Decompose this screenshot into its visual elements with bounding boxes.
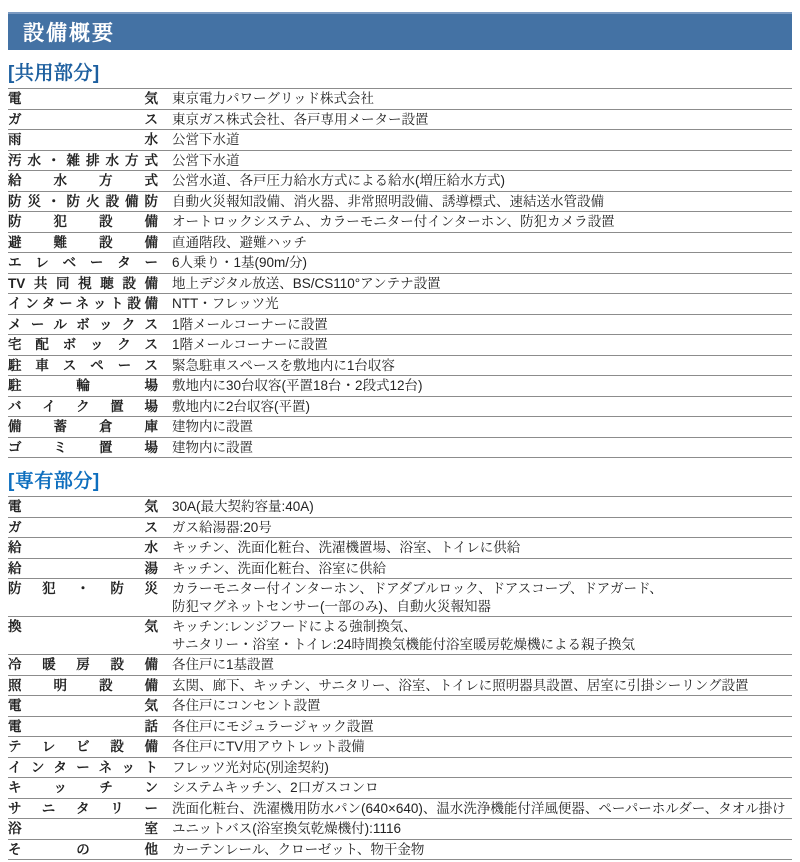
- row-label: TV共同視聴設備: [8, 275, 158, 293]
- row-label: 浴室: [8, 820, 158, 838]
- row-label: 宅配ボックス: [8, 336, 158, 354]
- row-value-line: 各住戸に1基設置: [172, 656, 792, 674]
- row-value: フレッツ光対応(別途契約): [158, 759, 792, 777]
- spec-row: 給水キッチン、洗面化粧台、洗濯機置場、浴室、トイレに供給: [8, 538, 792, 559]
- row-value-line: キッチン、洗面化粧台、浴室に供給: [172, 560, 792, 578]
- row-label: 冷暖房設備: [8, 656, 158, 674]
- row-value-line: 玄関、廊下、キッチン、サニタリー、浴室、トイレに照明器具設置、居室に引掛シーリン…: [172, 677, 792, 695]
- spec-row: 雨水公営下水道: [8, 130, 792, 151]
- row-value: 自動火災報知設備、消火器、非常照明設備、誘導標式、速結送水管設備: [158, 193, 792, 211]
- spec-row: ゴミ置場建物内に設置: [8, 438, 792, 459]
- row-value-line: システムキッチン、2口ガスコンロ: [172, 779, 792, 797]
- spec-sections: [共用部分]電気東京電力パワーグリッド株式会社ガス東京ガス株式会社、各戸専用メー…: [8, 57, 792, 860]
- page: 設備概要 [共用部分]電気東京電力パワーグリッド株式会社ガス東京ガス株式会社、各…: [0, 0, 800, 860]
- spec-section: [共用部分]電気東京電力パワーグリッド株式会社ガス東京ガス株式会社、各戸専用メー…: [8, 57, 792, 458]
- spec-row: インターネット設備NTT・フレッツ光: [8, 294, 792, 315]
- row-value: 建物内に設置: [158, 439, 792, 457]
- spec-row: 汚水・雑排水方式公営下水道: [8, 151, 792, 172]
- row-label: エレベーター: [8, 254, 158, 272]
- row-value: 各住戸にコンセント設置: [158, 697, 792, 715]
- row-value-line: 公営水道、各戸圧力給水方式による給水(増圧給水方式): [172, 172, 792, 190]
- row-value: 30A(最大契約容量:40A): [158, 498, 792, 516]
- row-label: バイク置場: [8, 398, 158, 416]
- row-value-line: 建物内に設置: [172, 418, 792, 436]
- spec-row: ガスガス給湯器:20号: [8, 518, 792, 539]
- row-value-line: 建物内に設置: [172, 439, 792, 457]
- row-value: 1階メールコーナーに設置: [158, 316, 792, 334]
- spec-row: TV共同視聴設備地上デジタル放送、BS/CS110°アンテナ設置: [8, 274, 792, 295]
- row-value-line: 敷地内に2台収容(平置): [172, 398, 792, 416]
- spec-row: 照明設備玄関、廊下、キッチン、サニタリー、浴室、トイレに照明器具設置、居室に引掛…: [8, 676, 792, 697]
- row-value: 東京ガス株式会社、各戸専用メーター設置: [158, 111, 792, 129]
- row-value-line: カーテンレール、クローゼット、物干金物: [172, 841, 792, 859]
- row-label: 電気: [8, 90, 158, 108]
- row-value: 敷地内に30台収容(平置18台・2段式12台): [158, 377, 792, 395]
- page-header: 設備概要: [8, 12, 792, 50]
- row-value: 玄関、廊下、キッチン、サニタリー、浴室、トイレに照明器具設置、居室に引掛シーリン…: [158, 677, 792, 695]
- row-value: カーテンレール、クローゼット、物干金物: [158, 841, 792, 859]
- row-label: 給水: [8, 539, 158, 557]
- row-label: メールボックス: [8, 316, 158, 334]
- spec-row: ガス東京ガス株式会社、各戸専用メーター設置: [8, 110, 792, 131]
- spec-row: 避難設備直通階段、避難ハッチ: [8, 233, 792, 254]
- spec-row: 駐車スペース緊急駐車スペースを敷地内に1台収容: [8, 356, 792, 377]
- spec-row: キッチンシステムキッチン、2口ガスコンロ: [8, 778, 792, 799]
- row-value-line: フレッツ光対応(別途契約): [172, 759, 792, 777]
- row-value-line: 東京電力パワーグリッド株式会社: [172, 90, 792, 108]
- row-value: キッチン:レンジフードによる強制換気、サニタリー・浴室・トイレ:24時間換気機能…: [158, 618, 792, 653]
- row-label: 防犯設備: [8, 213, 158, 231]
- row-label: サニタリー: [8, 800, 158, 818]
- row-value-line: 地上デジタル放送、BS/CS110°アンテナ設置: [172, 275, 792, 293]
- page-title: 設備概要: [23, 17, 115, 47]
- spec-row: その他カーテンレール、クローゼット、物干金物: [8, 840, 792, 861]
- row-value: 6人乗り・1基(90m/分): [158, 254, 792, 272]
- row-value-line: 各住戸にコンセント設置: [172, 697, 792, 715]
- row-value: システムキッチン、2口ガスコンロ: [158, 779, 792, 797]
- spec-row: 備蓄倉庫建物内に設置: [8, 417, 792, 438]
- row-value-line: カラーモニター付インターホン、ドアダブルロック、ドアスコープ、ドアガード、: [172, 580, 792, 598]
- row-label: 避難設備: [8, 234, 158, 252]
- row-value-line: 1階メールコーナーに設置: [172, 316, 792, 334]
- row-value-line: 6人乗り・1基(90m/分): [172, 254, 792, 272]
- row-value-line: サニタリー・浴室・トイレ:24時間換気機能付浴室暖房乾燥機による親子換気: [172, 636, 792, 654]
- row-value-line: 防犯マグネットセンサー(一部のみ)、自動火災報知器: [172, 598, 792, 616]
- spec-row: 宅配ボックス1階メールコーナーに設置: [8, 335, 792, 356]
- spec-row: 電気30A(最大契約容量:40A): [8, 497, 792, 518]
- row-value-line: キッチン:レンジフードによる強制換気、: [172, 618, 792, 636]
- row-value-line: 1階メールコーナーに設置: [172, 336, 792, 354]
- row-label: 給湯: [8, 560, 158, 578]
- row-value: 東京電力パワーグリッド株式会社: [158, 90, 792, 108]
- row-label: 照明設備: [8, 677, 158, 695]
- spec-row: 防犯・防災カラーモニター付インターホン、ドアダブルロック、ドアスコープ、ドアガー…: [8, 579, 792, 617]
- row-value-line: 東京ガス株式会社、各戸専用メーター設置: [172, 111, 792, 129]
- row-value: 建物内に設置: [158, 418, 792, 436]
- row-value-line: 自動火災報知設備、消火器、非常照明設備、誘導標式、速結送水管設備: [172, 193, 792, 211]
- row-value: ユニットバス(浴室換気乾燥機付):1116: [158, 820, 792, 838]
- row-value-line: NTT・フレッツ光: [172, 295, 792, 313]
- row-value-line: 公営下水道: [172, 131, 792, 149]
- row-value: 緊急駐車スペースを敷地内に1台収容: [158, 357, 792, 375]
- row-label: ガス: [8, 111, 158, 129]
- row-value: 公営水道、各戸圧力給水方式による給水(増圧給水方式): [158, 172, 792, 190]
- row-value-line: オートロックシステム、カラーモニター付インターホン、防犯カメラ設置: [172, 213, 792, 231]
- row-value-line: キッチン、洗面化粧台、洗濯機置場、浴室、トイレに供給: [172, 539, 792, 557]
- spec-row: メールボックス1階メールコーナーに設置: [8, 315, 792, 336]
- row-value: 各住戸に1基設置: [158, 656, 792, 674]
- row-value: 各住戸にモジュラージャック設置: [158, 718, 792, 736]
- row-value: NTT・フレッツ光: [158, 295, 792, 313]
- spec-row: 電気東京電力パワーグリッド株式会社: [8, 89, 792, 110]
- row-value-line: 直通階段、避難ハッチ: [172, 234, 792, 252]
- row-value: 公営下水道: [158, 152, 792, 170]
- row-value: ガス給湯器:20号: [158, 519, 792, 537]
- spec-row: バイク置場敷地内に2台収容(平置): [8, 397, 792, 418]
- row-label: 給水方式: [8, 172, 158, 190]
- spec-row: 換気キッチン:レンジフードによる強制換気、サニタリー・浴室・トイレ:24時間換気…: [8, 617, 792, 655]
- row-value-line: 敷地内に30台収容(平置18台・2段式12台): [172, 377, 792, 395]
- row-value: オートロックシステム、カラーモニター付インターホン、防犯カメラ設置: [158, 213, 792, 231]
- row-value-line: 30A(最大契約容量:40A): [172, 498, 792, 516]
- row-value: キッチン、洗面化粧台、洗濯機置場、浴室、トイレに供給: [158, 539, 792, 557]
- row-label: 換気: [8, 618, 158, 636]
- row-label: 防犯・防災: [8, 580, 158, 598]
- row-label: ゴミ置場: [8, 439, 158, 457]
- row-label: 駐車スペース: [8, 357, 158, 375]
- row-label: 備蓄倉庫: [8, 418, 158, 436]
- row-label: インターネット: [8, 759, 158, 777]
- spec-row: サニタリー洗面化粧台、洗濯機用防水パン(640×640)、温水洗浄機能付洋風便器…: [8, 799, 792, 820]
- row-label: 雨水: [8, 131, 158, 149]
- row-value: 敷地内に2台収容(平置): [158, 398, 792, 416]
- row-label: 防災・防火設備防: [8, 193, 158, 211]
- spec-row: 給湯キッチン、洗面化粧台、浴室に供給: [8, 559, 792, 580]
- row-label: キッチン: [8, 779, 158, 797]
- row-label: 電話: [8, 718, 158, 736]
- spec-row: 冷暖房設備各住戸に1基設置: [8, 655, 792, 676]
- row-value-line: ユニットバス(浴室換気乾燥機付):1116: [172, 820, 792, 838]
- section-title: [共用部分]: [8, 57, 792, 89]
- row-label: 駐輪場: [8, 377, 158, 395]
- row-value-line: 公営下水道: [172, 152, 792, 170]
- row-value: 地上デジタル放送、BS/CS110°アンテナ設置: [158, 275, 792, 293]
- row-label: テレビ設備: [8, 738, 158, 756]
- row-value: 洗面化粧台、洗濯機用防水パン(640×640)、温水洗浄機能付洋風便器、ペーパー…: [158, 800, 792, 818]
- section-title: [専有部分]: [8, 465, 792, 497]
- row-value-line: 洗面化粧台、洗濯機用防水パン(640×640)、温水洗浄機能付洋風便器、ペーパー…: [172, 800, 792, 818]
- spec-section: [専有部分]電気30A(最大契約容量:40A)ガスガス給湯器:20号給水キッチン…: [8, 465, 792, 860]
- spec-row: テレビ設備各住戸にTV用アウトレット設備: [8, 737, 792, 758]
- spec-row: 駐輪場敷地内に30台収容(平置18台・2段式12台): [8, 376, 792, 397]
- row-label: 汚水・雑排水方式: [8, 152, 158, 170]
- spec-row: エレベーター6人乗り・1基(90m/分): [8, 253, 792, 274]
- row-label: その他: [8, 841, 158, 859]
- row-value-line: 緊急駐車スペースを敷地内に1台収容: [172, 357, 792, 375]
- spec-row: 給水方式公営水道、各戸圧力給水方式による給水(増圧給水方式): [8, 171, 792, 192]
- spec-row: 防災・防火設備防自動火災報知設備、消火器、非常照明設備、誘導標式、速結送水管設備: [8, 192, 792, 213]
- row-value: 1階メールコーナーに設置: [158, 336, 792, 354]
- row-value-line: ガス給湯器:20号: [172, 519, 792, 537]
- row-label: インターネット設備: [8, 295, 158, 313]
- row-label: 電気: [8, 498, 158, 516]
- row-value: キッチン、洗面化粧台、浴室に供給: [158, 560, 792, 578]
- row-value: 公営下水道: [158, 131, 792, 149]
- row-value: カラーモニター付インターホン、ドアダブルロック、ドアスコープ、ドアガード、防犯マ…: [158, 580, 792, 615]
- spec-row: 浴室ユニットバス(浴室換気乾燥機付):1116: [8, 819, 792, 840]
- row-value: 各住戸にTV用アウトレット設備: [158, 738, 792, 756]
- row-value-line: 各住戸にTV用アウトレット設備: [172, 738, 792, 756]
- row-value: 直通階段、避難ハッチ: [158, 234, 792, 252]
- row-label: ガス: [8, 519, 158, 537]
- spec-row: 電話各住戸にモジュラージャック設置: [8, 717, 792, 738]
- spec-row: 電気各住戸にコンセント設置: [8, 696, 792, 717]
- spec-row: インターネットフレッツ光対応(別途契約): [8, 758, 792, 779]
- row-value-line: 各住戸にモジュラージャック設置: [172, 718, 792, 736]
- row-label: 電気: [8, 697, 158, 715]
- spec-row: 防犯設備オートロックシステム、カラーモニター付インターホン、防犯カメラ設置: [8, 212, 792, 233]
